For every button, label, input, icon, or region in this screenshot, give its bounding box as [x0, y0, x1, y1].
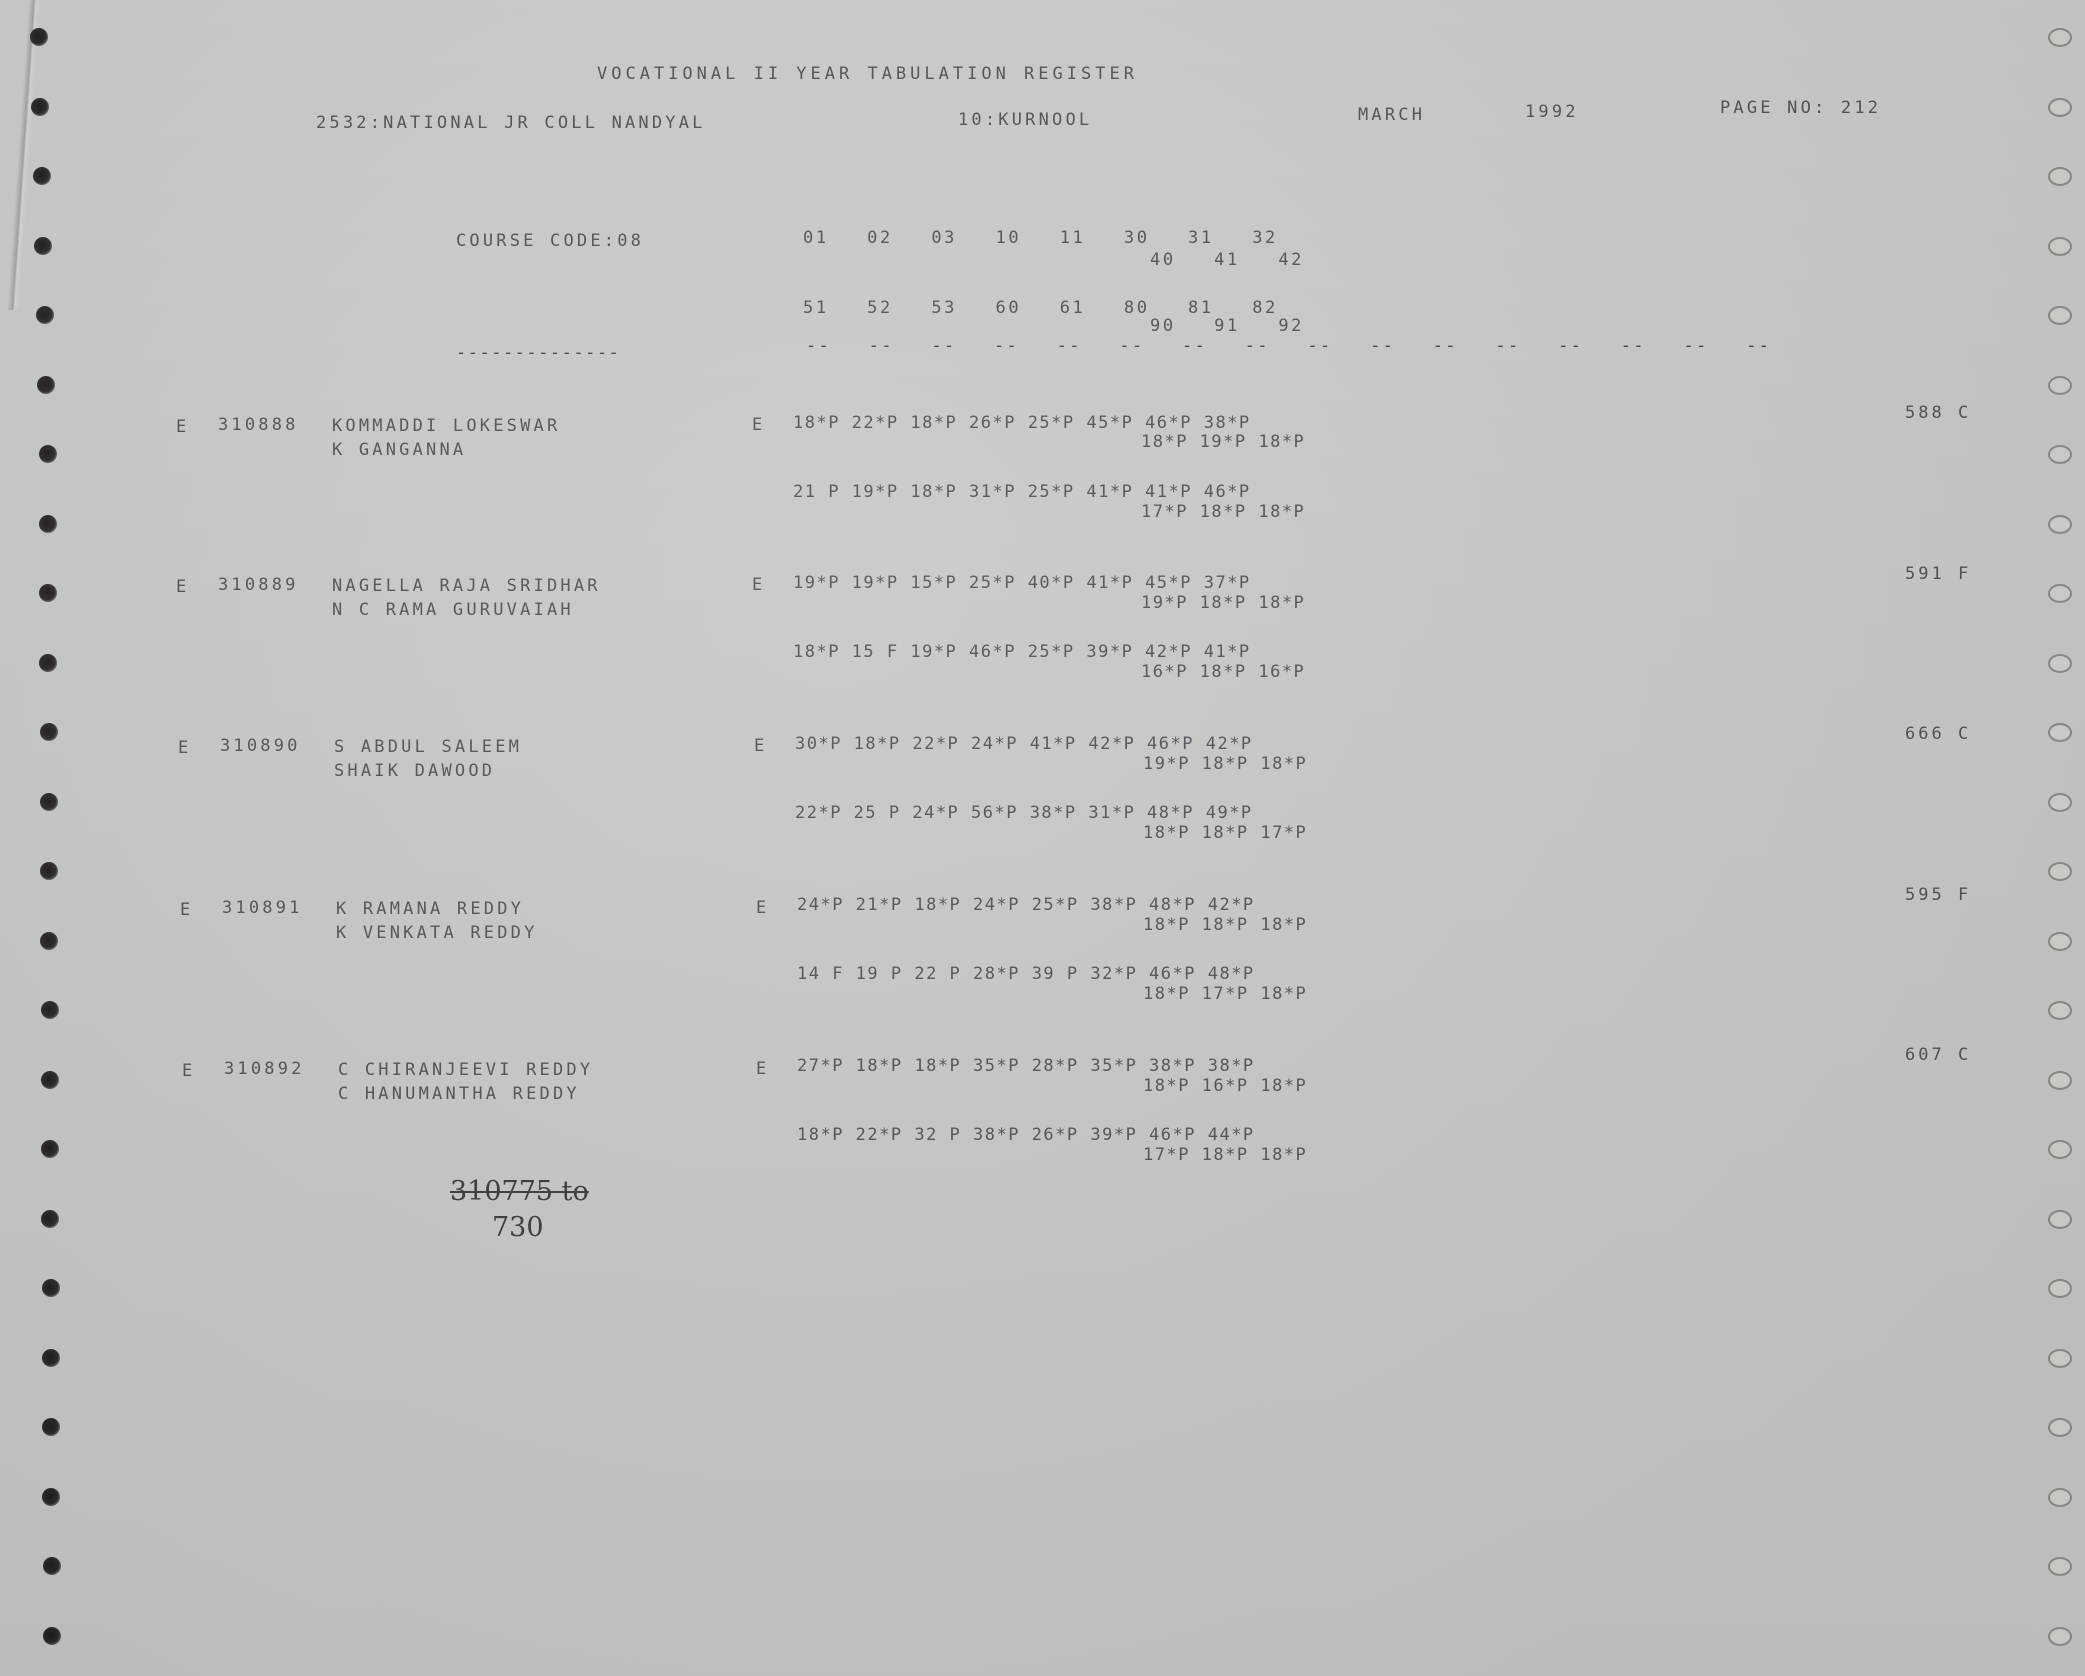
marks-row-2b: 18*P 18*P 17*P	[1143, 823, 1307, 843]
marks-row-2b: 17*P 18*P 18*P	[1143, 1145, 1307, 1165]
feed-hole-icon	[2048, 793, 2072, 812]
feed-hole-icon	[2048, 1418, 2072, 1437]
marks-row-1b: 18*P 19*P 18*P	[1141, 432, 1305, 452]
student-name: KOMMADDI LOKESWAR	[332, 416, 560, 436]
feed-hole-icon	[2048, 1557, 2072, 1576]
feed-hole-icon	[39, 654, 57, 672]
feed-hole-icon	[2048, 1349, 2072, 1368]
student-prefix: E	[180, 900, 193, 920]
feed-hole-icon	[41, 1001, 59, 1019]
feed-hole-icon	[2048, 98, 2072, 117]
course-separator: --------------	[456, 343, 620, 363]
register-title: VOCATIONAL II YEAR TABULATION REGISTER	[597, 64, 1138, 84]
feed-hole-icon	[2048, 584, 2072, 603]
feed-hole-icon	[2048, 1140, 2072, 1159]
feed-hole-icon	[40, 793, 58, 811]
father-name: N C RAMA GURUVAIAH	[332, 600, 574, 620]
feed-hole-icon	[2048, 654, 2072, 673]
subject-codes-row-2: 51 52 53 60 61 80 81 82	[803, 298, 1278, 318]
student-name: C CHIRANJEEVI REDDY	[338, 1060, 593, 1080]
marks-row-1: 24*P 21*P 18*P 24*P 25*P 38*P 48*P 42*P	[797, 895, 1255, 915]
father-name: SHAIK DAWOOD	[334, 761, 495, 781]
total-and-result: 595 F	[1905, 885, 1971, 905]
feed-hole-icon	[42, 1349, 60, 1367]
marks-row-2: 21 P 19*P 18*P 31*P 25*P 41*P 41*P 46*P	[793, 482, 1251, 502]
student-regno: 310890	[220, 736, 301, 756]
student-name: NAGELLA RAJA SRIDHAR	[332, 576, 601, 596]
feed-hole-icon	[2048, 1279, 2072, 1298]
student-prefix: E	[182, 1061, 195, 1081]
feed-hole-icon	[40, 723, 58, 741]
feed-hole-icon	[31, 98, 49, 116]
total-and-result: 666 C	[1905, 724, 1971, 744]
marks-row-2: 18*P 22*P 32 P 38*P 26*P 39*P 46*P 44*P	[797, 1125, 1255, 1145]
feed-hole-icon	[39, 515, 57, 533]
subject-codes-row-1: 01 02 03 10 11 30 31 32	[803, 228, 1278, 248]
feed-hole-icon	[37, 376, 55, 394]
feed-hole-icon	[2048, 376, 2072, 395]
marks-row-2b: 18*P 17*P 18*P	[1143, 984, 1307, 1004]
feed-hole-icon	[39, 584, 57, 602]
student-prefix: E	[176, 417, 189, 437]
feed-hole-icon	[2048, 932, 2072, 951]
marks-row-1: 30*P 18*P 22*P 24*P 41*P 42*P 46*P 42*P	[795, 734, 1253, 754]
college-name: 2532:NATIONAL JR COLL NANDYAL	[316, 113, 706, 133]
marks-row-1: 19*P 19*P 15*P 25*P 40*P 41*P 45*P 37*P	[793, 573, 1251, 593]
student-name: K RAMANA REDDY	[336, 899, 524, 919]
feed-hole-icon	[40, 862, 58, 880]
feed-hole-icon	[43, 1627, 61, 1645]
feed-hole-icon	[2048, 1071, 2072, 1090]
feed-hole-icon	[2048, 306, 2072, 325]
paper-fold-shadow	[7, 0, 41, 310]
feed-hole-icon	[42, 1279, 60, 1297]
feed-hole-icon	[2048, 28, 2072, 47]
father-name: C HANUMANTHA REDDY	[338, 1084, 580, 1104]
feed-hole-icon	[2048, 237, 2072, 256]
student-regno: 310892	[224, 1059, 305, 1079]
exam-year: 1992	[1525, 102, 1579, 122]
course-code: COURSE CODE:08	[456, 231, 644, 251]
feed-hole-icon	[41, 1140, 59, 1158]
marks-row-2: 18*P 15 F 19*P 46*P 25*P 39*P 42*P 41*P	[793, 642, 1251, 662]
feed-hole-icon	[42, 1488, 60, 1506]
medium: E	[752, 575, 765, 595]
marks-row-2b: 16*P 18*P 16*P	[1141, 662, 1305, 682]
student-prefix: E	[176, 577, 189, 597]
feed-hole-icon	[2048, 515, 2072, 534]
exam-month: MARCH	[1358, 105, 1425, 125]
marks-row-1b: 18*P 18*P 18*P	[1143, 915, 1307, 935]
feed-hole-icon	[2048, 1210, 2072, 1229]
feed-hole-icon	[36, 306, 54, 324]
marks-row-1b: 19*P 18*P 18*P	[1141, 593, 1305, 613]
subject-codes-row-1b: 40 41 42	[1150, 250, 1304, 270]
student-regno: 310891	[222, 898, 303, 918]
medium: E	[752, 415, 765, 435]
medium: E	[754, 736, 767, 756]
feed-hole-icon	[2048, 1001, 2072, 1020]
medium: E	[756, 898, 769, 918]
feed-hole-icon	[34, 237, 52, 255]
feed-hole-icon	[39, 445, 57, 463]
district-name: 10:KURNOOL	[958, 110, 1092, 130]
feed-hole-icon	[30, 28, 48, 46]
subject-codes-row-2b: 90 91 92	[1150, 316, 1304, 336]
student-regno: 310888	[218, 415, 299, 435]
marks-row-1: 27*P 18*P 18*P 35*P 28*P 35*P 38*P 38*P	[797, 1056, 1255, 1076]
feed-hole-icon	[2048, 723, 2072, 742]
page-number: PAGE NO: 212	[1720, 98, 1881, 118]
feed-hole-icon	[33, 167, 51, 185]
father-name: K VENKATA REDDY	[336, 923, 538, 943]
tabulation-register-page: VOCATIONAL II YEAR TABULATION REGISTER 2…	[0, 0, 2085, 1676]
feed-hole-icon	[41, 1210, 59, 1228]
feed-hole-icon	[2048, 862, 2072, 881]
feed-hole-icon	[40, 932, 58, 950]
handwritten-note-line-2: 730	[492, 1212, 544, 1243]
marks-row-2: 22*P 25 P 24*P 56*P 38*P 31*P 48*P 49*P	[795, 803, 1253, 823]
marks-row-1b: 18*P 16*P 18*P	[1143, 1076, 1307, 1096]
student-prefix: E	[178, 738, 191, 758]
marks-row-2: 14 F 19 P 22 P 28*P 39 P 32*P 46*P 48*P	[797, 964, 1255, 984]
feed-hole-icon	[41, 1071, 59, 1089]
feed-hole-icon	[42, 1418, 60, 1436]
father-name: K GANGANNA	[332, 440, 466, 460]
marks-row-2b: 17*P 18*P 18*P	[1141, 502, 1305, 522]
total-and-result: 588 C	[1905, 403, 1971, 423]
student-name: S ABDUL SALEEM	[334, 737, 522, 757]
student-regno: 310889	[218, 575, 299, 595]
feed-hole-icon	[2048, 167, 2072, 186]
handwritten-note-line-1: 310775 to	[450, 1176, 589, 1207]
marks-row-1: 18*P 22*P 18*P 26*P 25*P 45*P 46*P 38*P	[793, 413, 1251, 433]
total-and-result: 591 F	[1905, 564, 1971, 584]
feed-hole-icon	[43, 1557, 61, 1575]
feed-hole-icon	[2048, 1627, 2072, 1646]
total-and-result: 607 C	[1905, 1045, 1971, 1065]
medium: E	[756, 1059, 769, 1079]
subject-dash-row: -- -- -- -- -- -- -- -- -- -- -- -- -- -…	[806, 336, 1771, 356]
feed-hole-icon	[2048, 1488, 2072, 1507]
feed-hole-icon	[2048, 445, 2072, 464]
marks-row-1b: 19*P 18*P 18*P	[1143, 754, 1307, 774]
